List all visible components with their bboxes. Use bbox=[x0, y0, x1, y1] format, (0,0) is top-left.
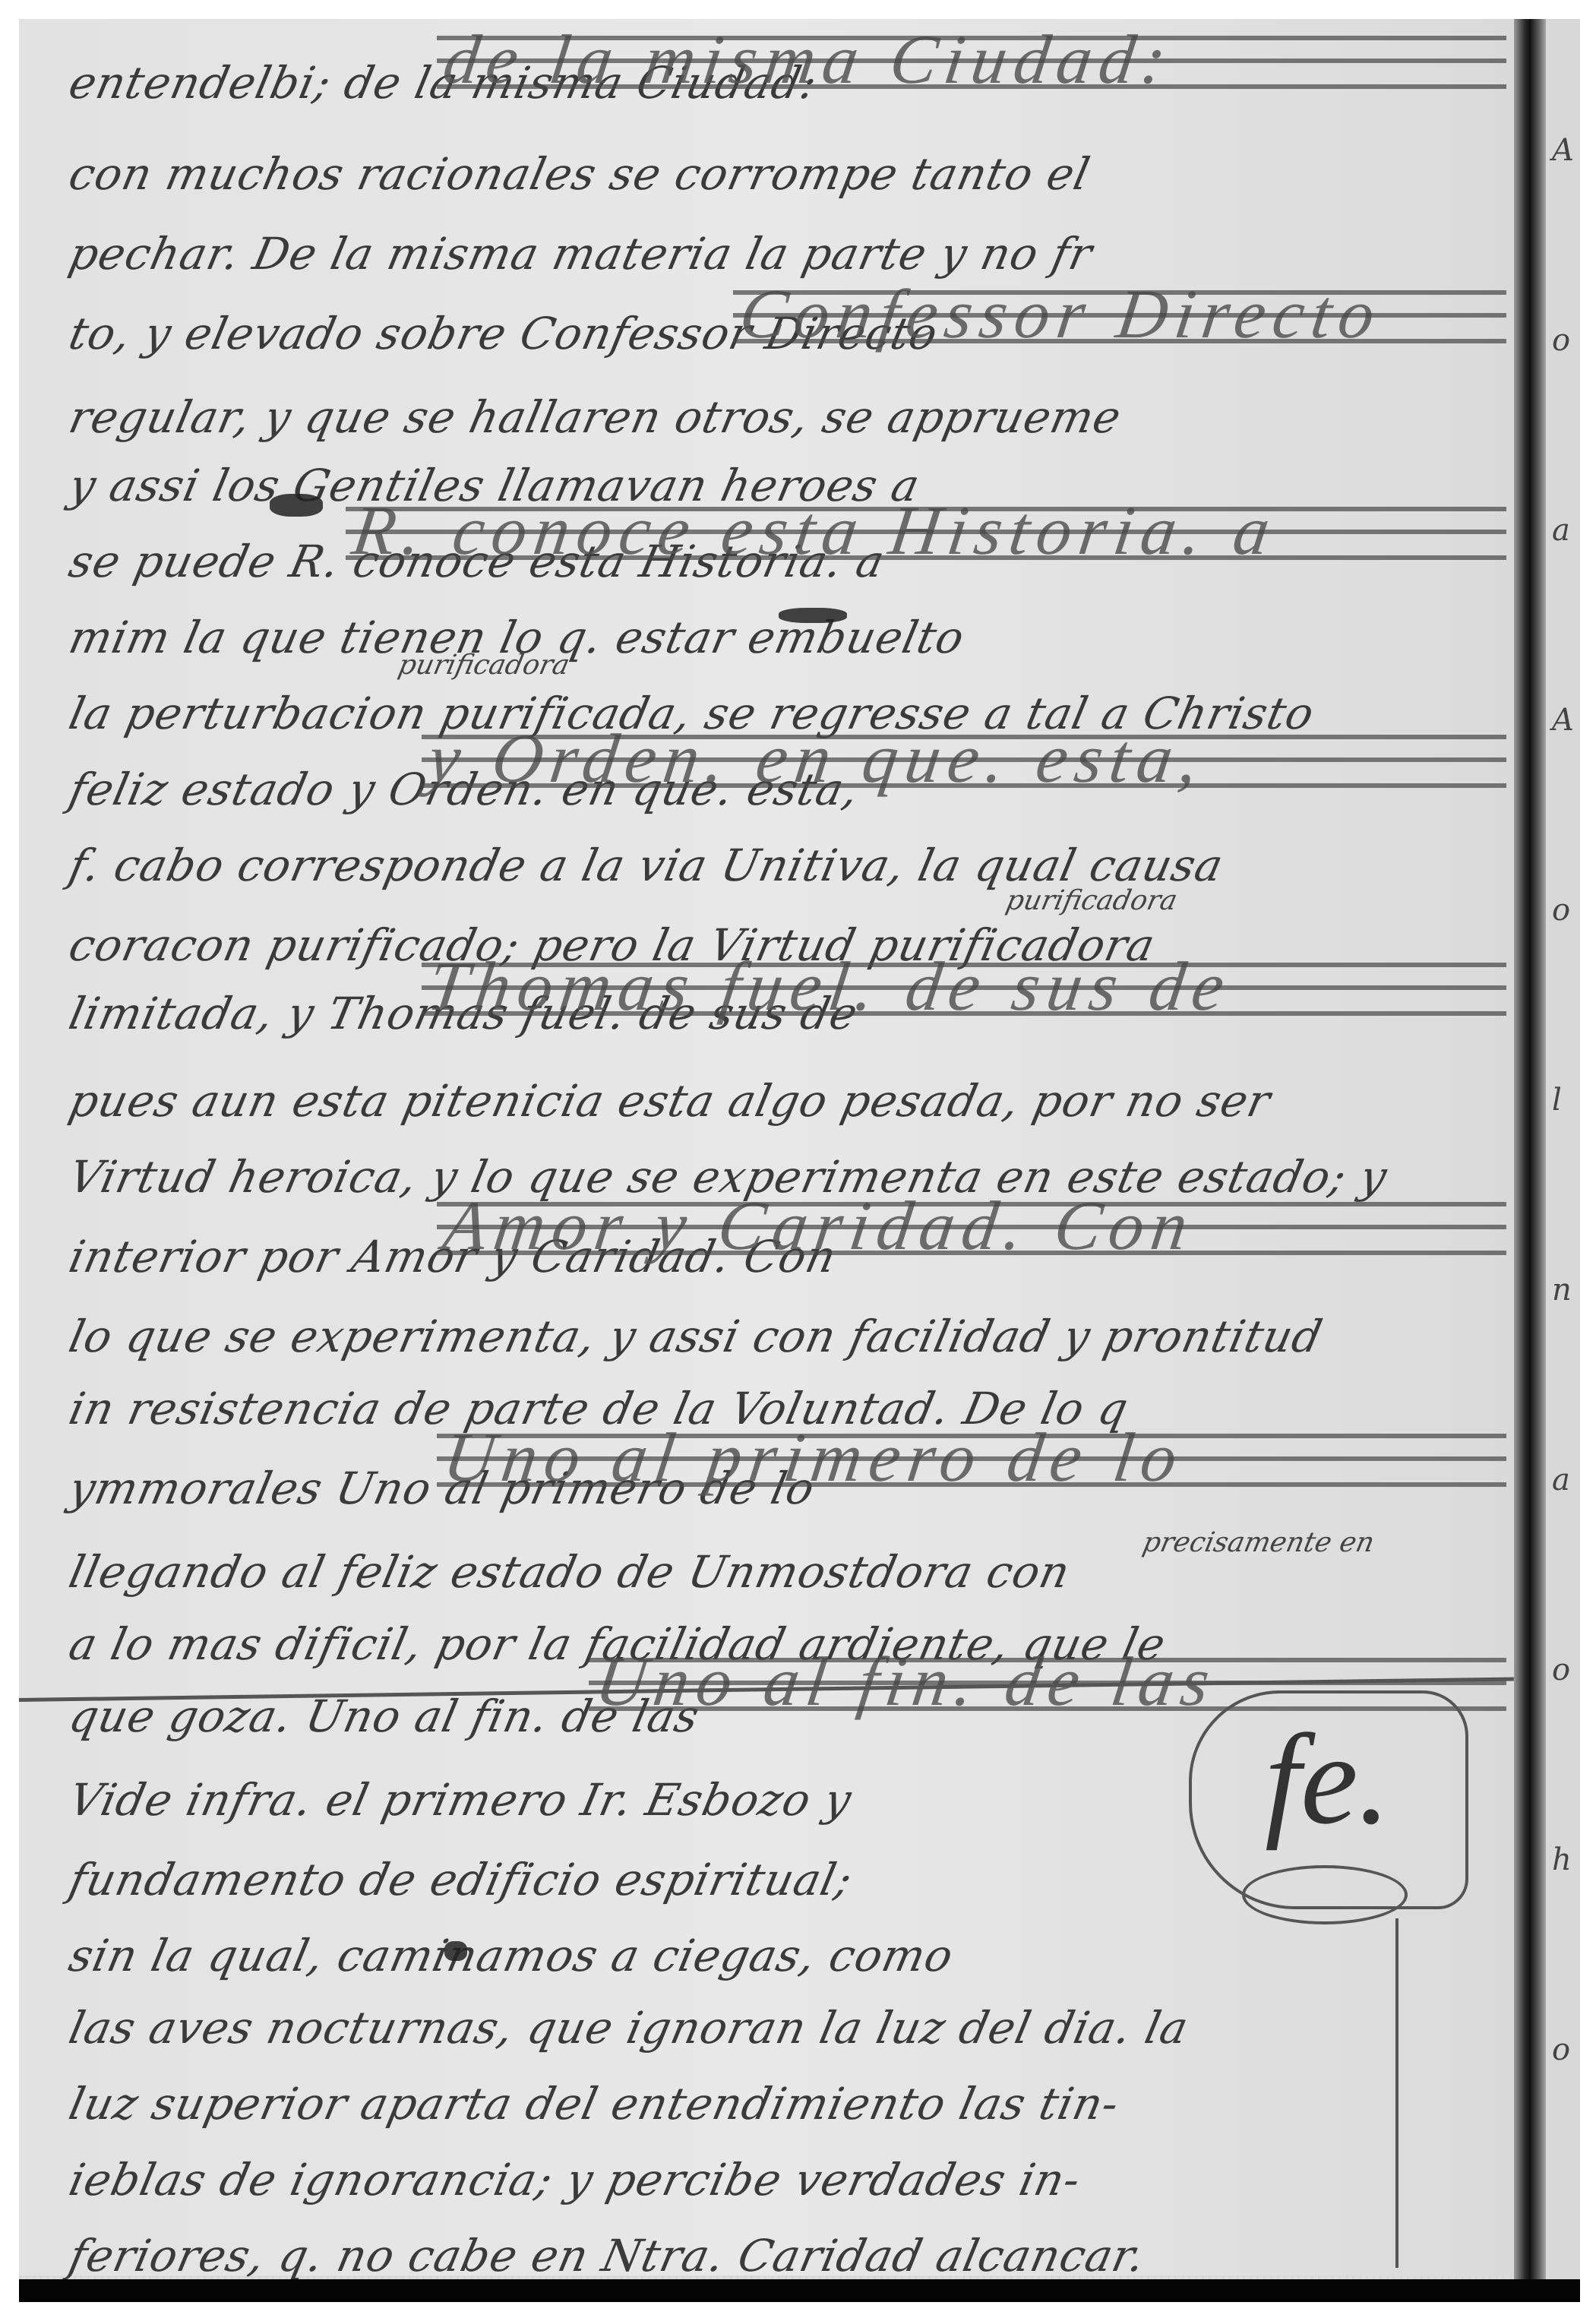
manuscript-line: sin la qual, caminamos a ciegas, como bbox=[65, 1930, 958, 1981]
manuscript-line: pechar. De la misma materia la parte y n… bbox=[65, 228, 1097, 280]
strike-line bbox=[346, 555, 1506, 560]
manuscript-line: regular, y que se hallaren otros, se app… bbox=[65, 391, 1126, 443]
strike-line bbox=[733, 290, 1506, 295]
margin-fragment: n bbox=[1552, 1273, 1572, 1308]
strike-line bbox=[437, 1225, 1506, 1229]
strike-line bbox=[437, 1482, 1506, 1487]
strike-line bbox=[422, 735, 1506, 739]
book-binding-gutter bbox=[1514, 19, 1546, 2302]
margin-fragment: o bbox=[1552, 323, 1570, 358]
margin-fragment: o bbox=[1552, 1652, 1570, 1687]
margin-fragment: a bbox=[1552, 513, 1570, 548]
manuscript-line: con muchos racionales se corrompe tanto … bbox=[65, 148, 1095, 200]
manuscript-line: pues aun esta pitenicia esta algo pesada… bbox=[65, 1075, 1275, 1127]
strike-line bbox=[733, 339, 1506, 343]
margin-fragment: h bbox=[1552, 1842, 1572, 1877]
facing-page-edge: AoaAolnaoho bbox=[1546, 19, 1580, 2302]
strike-line bbox=[437, 59, 1506, 63]
interlinear-note: purificadora bbox=[1003, 885, 1180, 916]
interlinear-note: purificadora bbox=[396, 650, 573, 681]
margin-fragment: A bbox=[1552, 133, 1574, 168]
margin-fragment: o bbox=[1552, 893, 1570, 928]
strike-line bbox=[733, 313, 1506, 318]
strike-line bbox=[422, 757, 1506, 762]
annotation-stem bbox=[1395, 1918, 1398, 2268]
manuscript-line: lo que se experimenta, y assi con facili… bbox=[65, 1311, 1327, 1362]
strike-line bbox=[437, 1434, 1506, 1438]
manuscript-line: las aves nocturnas, que ignoran la luz d… bbox=[65, 2002, 1193, 2054]
manuscript-line: llegando al feliz estado de Unmostdora c… bbox=[65, 1546, 1075, 1598]
manuscript-line: fundamento de edificio espiritual; bbox=[65, 1854, 857, 1905]
manuscript-scan: entendelbi; de la misma Ciudad:con mucho… bbox=[19, 19, 1580, 2302]
annotation-eye-shape bbox=[1242, 1865, 1408, 1924]
strike-line bbox=[437, 1456, 1506, 1461]
manuscript-line: Vide infra. el primero Ir. Esbozo y bbox=[65, 1774, 856, 1826]
margin-fragment: l bbox=[1552, 1083, 1562, 1118]
strike-line bbox=[437, 1251, 1506, 1255]
ink-blot bbox=[444, 1941, 467, 1961]
strike-line bbox=[422, 985, 1506, 990]
manuscript-line: f. cabo corresponde a la via Unitiva, la… bbox=[65, 840, 1228, 891]
strike-line bbox=[589, 1658, 1506, 1662]
margin-fragment: A bbox=[1552, 703, 1574, 738]
manuscript-line: luz superior aparta del entendimiento la… bbox=[65, 2078, 1124, 2130]
manuscript-line: ieblas de ignorancia; y percibe verdades… bbox=[65, 2154, 1086, 2206]
strike-line bbox=[422, 963, 1506, 967]
strike-line bbox=[437, 84, 1506, 89]
manuscript-line: feriores, q. no cabe en Ntra. Caridad al… bbox=[65, 2230, 1150, 2282]
annotation-glyph: fe. bbox=[1265, 1706, 1390, 1854]
margin-fragment: a bbox=[1552, 1463, 1570, 1497]
manuscript-page: entendelbi; de la misma Ciudad:con mucho… bbox=[19, 19, 1527, 2275]
strike-line bbox=[346, 507, 1506, 511]
strike-line bbox=[437, 1202, 1506, 1206]
ink-blot bbox=[270, 494, 323, 517]
strike-line bbox=[346, 530, 1506, 534]
interlinear-note: precisamente en bbox=[1140, 1527, 1377, 1558]
margin-fragment: o bbox=[1552, 2032, 1570, 2067]
strike-line bbox=[422, 1011, 1506, 1016]
strike-line bbox=[422, 783, 1506, 788]
strike-line bbox=[437, 36, 1506, 40]
scan-bottom-border bbox=[19, 2279, 1580, 2302]
ink-blot bbox=[779, 608, 847, 623]
